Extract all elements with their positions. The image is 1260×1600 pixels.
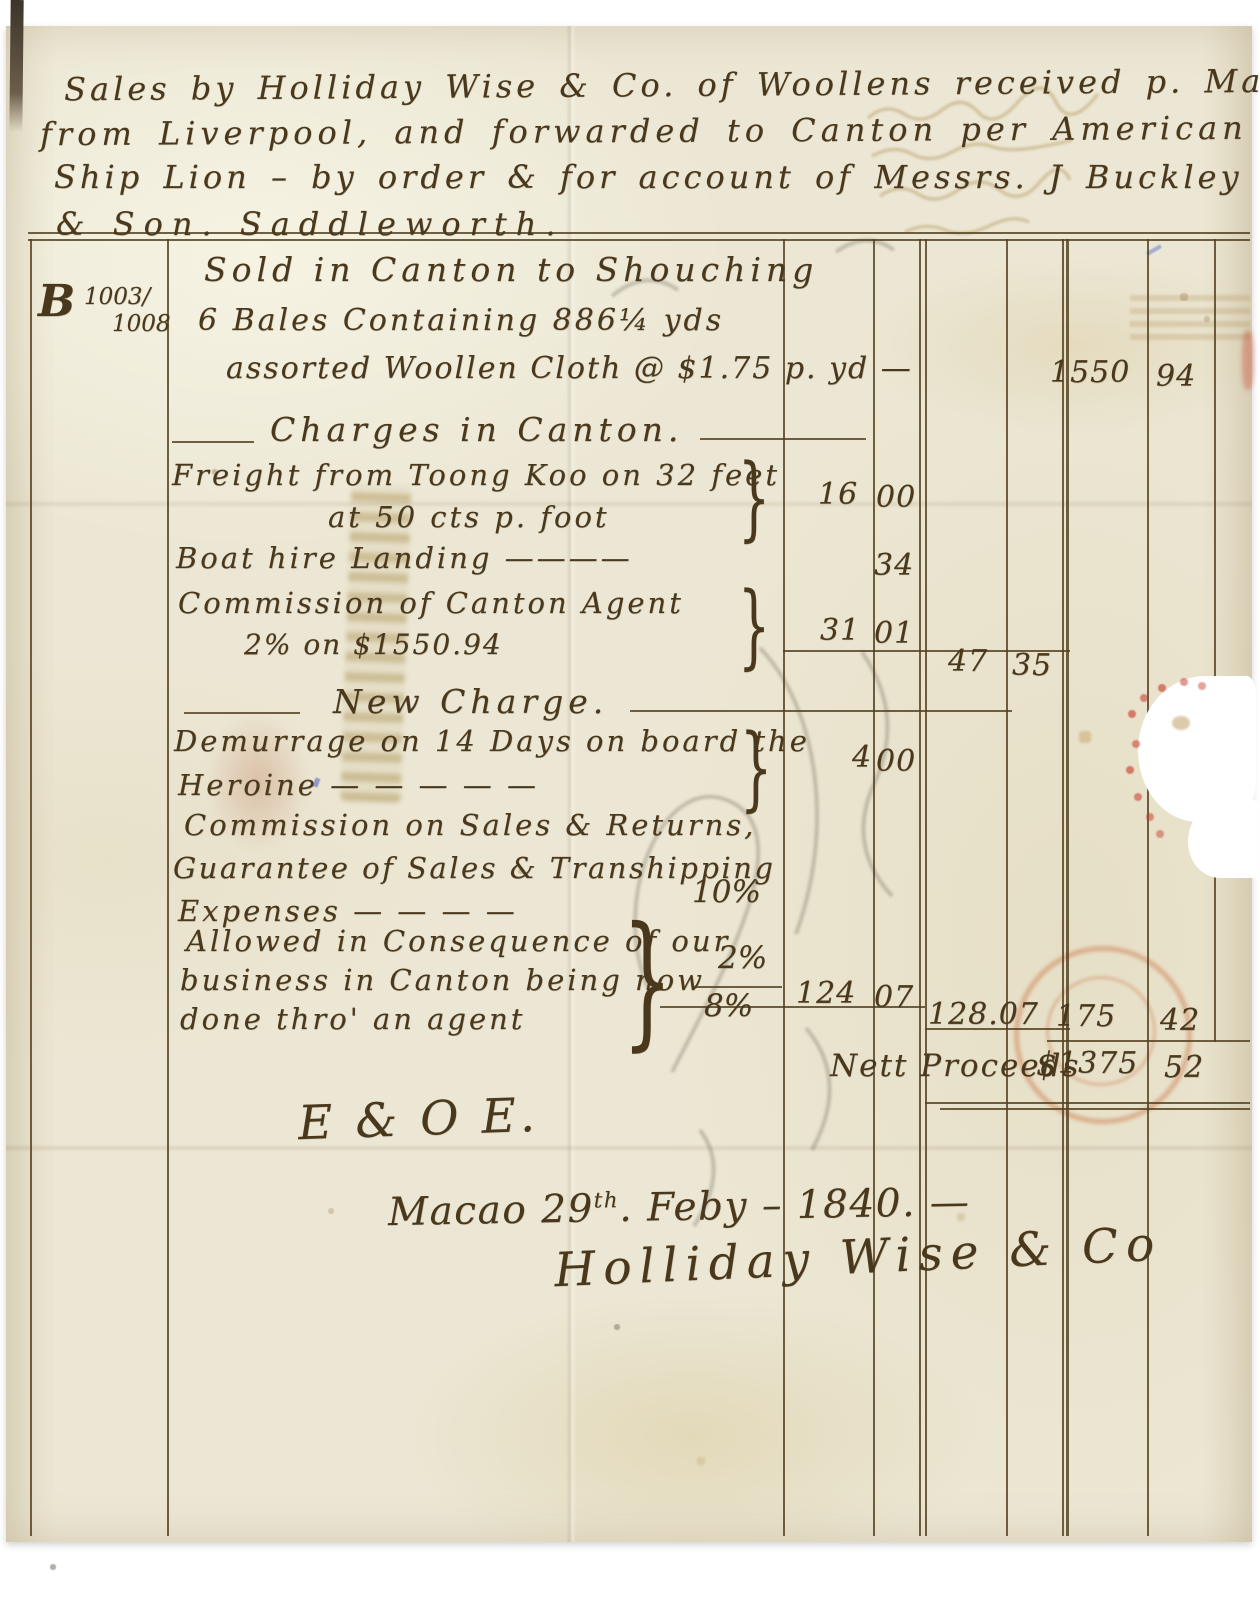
nett-proceeds-dollars: 1375 <box>1058 1046 1138 1081</box>
commission-brace: } <box>738 580 770 672</box>
hrule-under-nett-a <box>925 1102 1250 1104</box>
dateline-rest: . Feby – 1840. — <box>619 1180 971 1231</box>
vrule-money2-right-a <box>1062 239 1064 1536</box>
allowance-line-3: done thro' an agent <box>180 1002 525 1036</box>
nett-proceeds-currency: $ <box>1036 1044 1057 1083</box>
newcharge-commission-line-1: Commission on Sales & Returns, <box>184 808 756 842</box>
charges-subtotal-cents: 35 <box>1012 648 1052 683</box>
vrule-margin-column <box>167 239 169 1536</box>
commission-cents: 01 <box>874 616 914 651</box>
dateline-day-suffix: th <box>593 1188 619 1213</box>
charges-freight-line-2: at 50 cts p. foot <box>328 500 610 534</box>
net-charge-cents: 07 <box>874 980 914 1015</box>
allowance-brace: } <box>622 908 673 1053</box>
errors-omissions-excepted: E & O E. <box>297 1088 540 1151</box>
charges-heading-dash-right <box>700 438 866 440</box>
freight-cents: 00 <box>876 480 916 515</box>
vrule-money2-cents <box>1006 239 1008 1536</box>
sale-amount-dollars: 1550 <box>1050 355 1130 390</box>
charges-commission-line-2: 2% on $1550.94 <box>244 628 503 661</box>
vrule-money2-right-b <box>1066 239 1069 1536</box>
net-rate: 8% <box>704 988 753 1024</box>
margin-lot-upper: 1003/ <box>84 284 150 310</box>
charges-commission-line-1: Commission of Canton Agent <box>178 586 684 620</box>
vrule-money1-left <box>783 239 785 1536</box>
demurrage-line-2: Heroine — — — — — <box>178 768 539 802</box>
hrule-under-nett-b <box>940 1108 1250 1110</box>
sale-amount-cents: 94 <box>1156 359 1196 394</box>
demurrage-dollars: 4 <box>852 740 872 775</box>
commission-rate: 10% <box>692 874 761 910</box>
sale-heading: Sold in Canton to Shouching <box>204 250 818 289</box>
sale-desc-1: 6 Bales Containing 886¼ yds <box>198 303 724 338</box>
document-scan: Sales by Holliday Wise & Co. of Woollens… <box>0 0 1260 1600</box>
demurrage-line-1: Demurrage on 14 Days on board the <box>174 724 810 758</box>
newcharge-commission-line-2: Guarantee of Sales & Transhipping <box>173 851 775 885</box>
demurrage-cents: 00 <box>876 744 916 779</box>
net-charge-dollars: 124 <box>796 976 856 1011</box>
vrule-left-border <box>30 239 32 1536</box>
torn-hole-lower <box>1188 800 1258 878</box>
newcharge-heading: New Charge. <box>333 682 608 721</box>
charges-subtotal-dollars: 47 <box>948 644 988 679</box>
vrule-money1-right-a <box>919 239 921 1536</box>
demurrage-brace: } <box>740 722 772 814</box>
vrule-money1-cents <box>873 239 875 1536</box>
charges-heading: Charges in Canton. <box>270 410 683 449</box>
newcharge-heading-dash-right <box>630 710 1012 712</box>
freight-brace: } <box>738 452 770 544</box>
charges-heading-dash-left <box>172 441 254 443</box>
deductions-total-cents: 42 <box>1160 1003 1200 1038</box>
newcharge-heading-dash-left <box>184 712 300 714</box>
commission-dollars: 31 <box>820 613 860 648</box>
hrule-under-175 <box>1047 1040 1250 1042</box>
header-line-3: Ship Lion – by order & for account of Me… <box>54 158 1243 196</box>
header-line-4: & Son. Saddleworth. <box>56 205 565 243</box>
freight-dollars: 16 <box>818 477 858 512</box>
header-line-2: from Liverpool, and forwarded to Canton … <box>40 109 1248 153</box>
vrule-money1-right-b <box>925 239 927 1536</box>
newcharge-subtotal: 128.07 <box>928 997 1039 1032</box>
tear-red-speckles <box>1120 672 1124 676</box>
tear-tan-spot <box>1172 716 1190 730</box>
deductions-total-dollars: 175 <box>1056 999 1116 1034</box>
margin-mark: B <box>38 276 75 327</box>
nett-proceeds-cents: 52 <box>1164 1050 1204 1085</box>
boat-hire-cents: 34 <box>874 548 914 583</box>
charges-freight-line-1: Freight from Toong Koo on 32 feet <box>172 458 780 492</box>
newcharge-commission-line-3: Expenses — — — — <box>178 894 518 928</box>
vrule-money3-right-partial <box>1214 239 1216 1042</box>
dateline-place-day: Macao 29 <box>388 1186 595 1235</box>
charges-boat-hire: Boat hire Landing ———— <box>176 541 633 575</box>
margin-lot-lower: 1008 <box>112 311 171 337</box>
allowance-rate: 2% <box>718 940 767 976</box>
vrule-money3-cents <box>1147 239 1149 1536</box>
sale-desc-2: assorted Woollen Cloth @ $1.75 p. yd — <box>226 351 913 386</box>
